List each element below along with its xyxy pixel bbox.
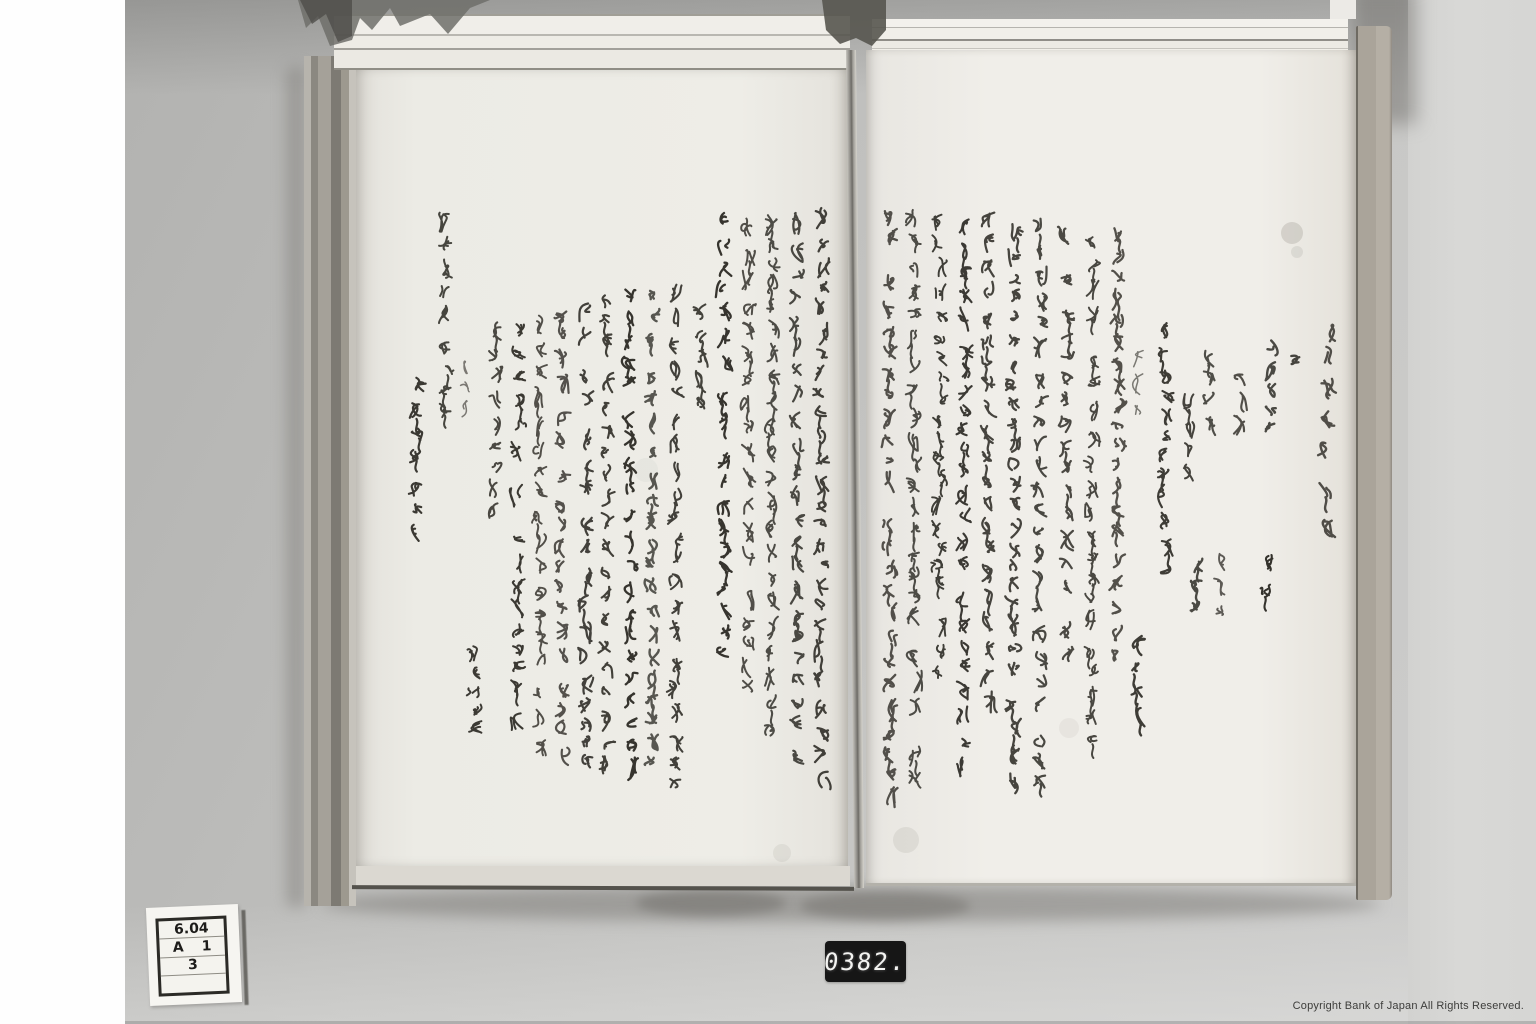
left-white-margin xyxy=(0,0,125,1024)
left-page-edge-stack xyxy=(304,56,356,906)
label-table: 6.04 A 1 3 xyxy=(155,916,229,997)
right-gray-strip xyxy=(1408,0,1536,1024)
manuscript-right-page xyxy=(866,50,1356,884)
classification-label-card: 6.04 A 1 3 xyxy=(146,904,242,1006)
left-page-under-sheet xyxy=(356,866,850,886)
page-bottom-shadow-blob xyxy=(800,892,970,920)
copyright-notice: Copyright Bank of Japan All Rights Reser… xyxy=(1293,1000,1524,1012)
backdrop-bottom-light xyxy=(125,904,1408,1024)
manuscript-left-page xyxy=(356,70,848,866)
page-bottom-shadow-blob xyxy=(636,890,786,916)
archival-photo-page: 6.04 A 1 3 0382. Copyright Bank of Japan… xyxy=(0,0,1536,1024)
label-row-empty xyxy=(161,972,227,993)
book-cover-edge xyxy=(1356,26,1392,900)
label-series-letter: A xyxy=(173,939,185,955)
page-corner xyxy=(1330,0,1356,19)
frame-counter-value: 0382. xyxy=(823,948,908,976)
frame-counter: 0382. xyxy=(825,941,906,982)
right-page-bottom-edge xyxy=(866,883,1356,886)
right-page-top-stack xyxy=(872,19,1348,50)
left-page-top-stack xyxy=(334,14,850,70)
book-spine-shadow xyxy=(286,66,306,908)
label-series-number: 1 xyxy=(201,938,211,954)
